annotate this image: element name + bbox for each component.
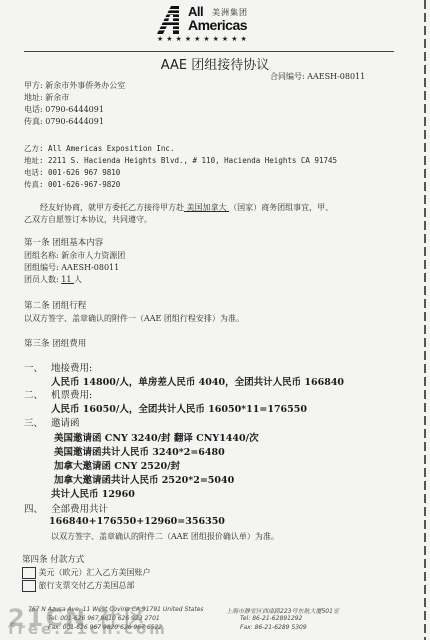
fee-item-3-line-3: 加拿大邀请函 CNY 2520/封 bbox=[54, 458, 180, 472]
payment-option-1[interactable]: 美元（欧元）汇入乙方美国账户 bbox=[22, 567, 151, 579]
payment-option-2-label: 旅行支票交付乙方美国总部 bbox=[39, 581, 135, 590]
fee-item-2-number: 二、 bbox=[24, 387, 43, 401]
intro-line-2: 乙双方自愿签订本协议，共同遵守。 bbox=[24, 214, 152, 225]
fee-canada-invitation: 加拿大邀请函 CNY 2520/封 bbox=[54, 461, 180, 472]
article-1-heading: 第一条 团组基本内容 bbox=[24, 238, 103, 249]
intro-text-2: （国家）商务团组事宜，甲、 bbox=[229, 203, 333, 212]
logo-a-stripes-icon bbox=[157, 6, 187, 34]
footer-cn-tel: Tel: 86-21-62891292 bbox=[240, 615, 302, 622]
party-b-address: 地址: 2211 S. Hacienda Heights Blvd., # 11… bbox=[24, 155, 337, 166]
article-4-heading: 第四条 付款方式 bbox=[22, 555, 84, 566]
members-unit: 人 bbox=[74, 275, 82, 284]
header-divider bbox=[24, 51, 394, 52]
intro-line-1: 经友好协商，就甲方委托乙方接待甲方赴 美国加拿大 （国家）商务团组事宜，甲、 bbox=[40, 202, 333, 213]
fee-item-3-number: 三、 bbox=[24, 415, 43, 429]
article-3-heading: 第三条 团组费用 bbox=[24, 339, 86, 350]
fee-item-2-line-1: 人民币 16050/人，全团共计人民币 16050*11=176550 bbox=[51, 401, 307, 415]
scan-edge-line bbox=[424, 0, 426, 640]
fee-item-3-line-5: 共计人民币 12960 bbox=[51, 486, 135, 500]
payment-option-1-label: 美元（欧元）汇入乙方美国账户 bbox=[39, 568, 151, 577]
article-2-text: 以双方签字、盖章确认的附件一（AAE 团组行程安排）为准。 bbox=[24, 313, 244, 324]
footer-cn-fax: Fax: 86-21-6289 5309 bbox=[240, 624, 307, 631]
agreement-page: All 美洲集团 Americas ★★★★★★★★★★ AAE 团组接待协议 … bbox=[0, 0, 430, 640]
group-number: 团组编号: AAESH-08011 bbox=[24, 262, 119, 273]
all-americas-logo: All 美洲集团 Americas ★★★★★★★★★★ bbox=[157, 4, 257, 46]
intro-text-1: 经友好协商，就甲方委托乙方接待甲方赴 bbox=[40, 203, 184, 212]
group-members: 团员人数: 11 人 bbox=[24, 274, 82, 285]
contract-number: 合同编号: AAESH-08011 bbox=[270, 71, 365, 82]
party-b-name: 乙方: All Americas Exposition Inc. bbox=[24, 143, 174, 154]
party-a-address: 地址: 新余市 bbox=[24, 92, 69, 103]
fee-invitation-total: 共计人民币 12960 bbox=[51, 489, 135, 500]
fee-canada-invitation-total: 加拿大邀请函共计人民币 2520*2=5040 bbox=[54, 475, 234, 486]
party-a-name: 甲方: 新余市外事侨务办公室 bbox=[24, 80, 125, 91]
fee-item-3-line-2: 美国邀请函共计人民币 3240*2=6480 bbox=[54, 444, 225, 458]
party-b-fax: 传真: 001-626-967-9820 bbox=[24, 179, 120, 190]
party-b-phone: 电话: 001-626 967 9810 bbox=[24, 167, 120, 178]
fee-item-3-line-4: 加拿大邀请函共计人民币 2520*2=5040 bbox=[54, 472, 234, 486]
fee-local-reception: 人民币 14800/人，单房差人民币 4040，全团共计人民币 166840 bbox=[51, 377, 344, 388]
watermark-url: free.21cn.com bbox=[8, 620, 168, 638]
fee-us-invitation-total: 美国邀请函共计人民币 3240*2=6480 bbox=[54, 447, 225, 458]
fee-item-3-title: 邀请函 bbox=[51, 415, 80, 429]
party-a-phone: 电话: 0790-6444091 bbox=[24, 104, 104, 115]
fee-item-2-title: 机票费用: bbox=[51, 387, 92, 401]
fee-grand-total: 166840+176550+12960=356350 bbox=[49, 516, 225, 527]
logo-text-americas: Americas bbox=[188, 17, 247, 33]
article-3-note: 以双方签字、盖章确认的附件二（AAE 团组报价确认单）为准。 bbox=[51, 531, 279, 542]
payment-option-2-checkbox[interactable] bbox=[22, 580, 36, 592]
logo-stars: ★★★★★★★★★★ bbox=[157, 35, 250, 43]
fee-item-4-number: 四、 bbox=[24, 501, 43, 515]
group-name: 团组名称: 新余市人力资源团 bbox=[24, 250, 125, 261]
fee-item-1-title: 地接费用: bbox=[51, 360, 92, 374]
fee-item-4-title: 全部费用共计 bbox=[51, 501, 108, 515]
fee-item-1-number: 一、 bbox=[24, 360, 43, 374]
members-label: 团员人数: bbox=[24, 275, 61, 284]
fee-item-4-line-1: 166840+176550+12960=356350 bbox=[49, 516, 225, 527]
party-a-fax: 传真: 0790-6444091 bbox=[24, 116, 104, 127]
document-title: AAE 团组接待协议 bbox=[0, 54, 430, 73]
article-2-heading: 第二条 团组行程 bbox=[24, 301, 86, 312]
members-count: 11 bbox=[61, 275, 74, 284]
fee-us-invitation: 美国邀请函 CNY 3240/封 翻译 CNY1440/次 bbox=[54, 433, 259, 444]
fee-item-1-line-1: 人民币 14800/人，单房差人民币 4040，全团共计人民币 166840 bbox=[51, 374, 344, 388]
fee-item-3-line-1: 美国邀请函 CNY 3240/封 翻译 CNY1440/次 bbox=[54, 430, 259, 444]
footer-cn-address: 上海市静安区西康路223号东航大厦501室 bbox=[226, 606, 339, 615]
payment-option-1-checkbox[interactable] bbox=[22, 567, 36, 579]
destination-country: 美国加拿大 bbox=[184, 203, 229, 212]
payment-option-2[interactable]: 旅行支票交付乙方美国总部 bbox=[22, 580, 135, 592]
fee-airfare: 人民币 16050/人，全团共计人民币 16050*11=176550 bbox=[51, 404, 307, 415]
